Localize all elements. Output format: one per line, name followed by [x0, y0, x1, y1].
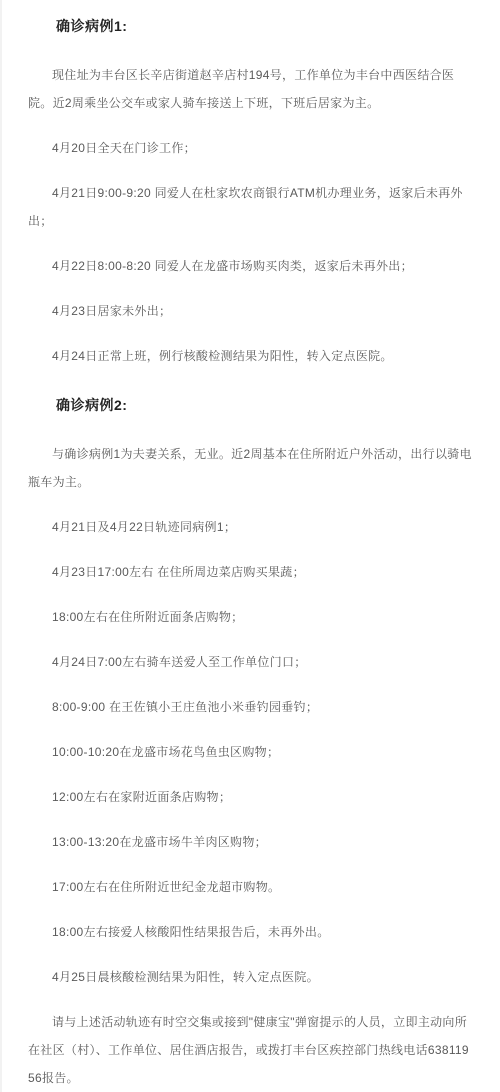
case2-apr24-1300-entry: 13:00-13:20在龙盛市场牛羊肉区购物； [28, 828, 474, 856]
case2-profile: 与确诊病例1为夫妻关系，无业。近2周基本在住所附近户外活动，出行以骑电瓶车为主。 [28, 440, 474, 496]
case1-apr22-entry: 4月22日8:00-8:20 同爱人在龙盛市场购买肉类，返家后未再外出； [28, 252, 474, 280]
case2-apr24-1000-entry: 10:00-10:20在龙盛市场花鸟鱼虫区购物； [28, 738, 474, 766]
case2-apr23-1800-entry: 18:00左右在住所附近面条店购物； [28, 603, 474, 631]
case1-apr24-entry: 4月24日正常上班，例行核酸检测结果为阳性，转入定点医院。 [28, 342, 474, 370]
case1-apr21-entry: 4月21日9:00-9:20 同爱人在杜家坎农商银行ATM机办理业务，返家后未再… [28, 179, 474, 235]
case1-apr20-entry: 4月20日全天在门诊工作； [28, 134, 474, 162]
public-notice: 请与上述活动轨迹有时空交集或接到"健康宝"弹窗提示的人员，立即主动向所在社区（村… [28, 1008, 474, 1092]
case1-profile: 现住址为丰台区长辛店街道赵辛店村194号，工作单位为丰台中西医结合医院。近2周乘… [28, 61, 474, 117]
case2-apr25-entry: 4月25日晨核酸检测结果为阳性，转入定点医院。 [28, 963, 474, 991]
case2-apr23-1700-entry: 4月23日17:00左右 在住所周边菜店购买果蔬； [28, 558, 474, 586]
case1-apr23-entry: 4月23日居家未外出； [28, 297, 474, 325]
case2-apr24-0800-entry: 8:00-9:00 在王佐镇小王庄鱼池小米垂钓园垂钓； [28, 693, 474, 721]
case2-apr21-22-entry: 4月21日及4月22日轨迹同病例1； [28, 513, 474, 541]
case2-heading: 确诊病例2: [28, 391, 474, 419]
case2-apr24-1800-entry: 18:00左右接爱人核酸阳性结果报告后，未再外出。 [28, 918, 474, 946]
case1-heading: 确诊病例1: [28, 12, 474, 40]
case2-apr24-1700-entry: 17:00左右在住所附近世纪金龙超市购物。 [28, 873, 474, 901]
page-left-edge [0, 0, 2, 1092]
article-body: 确诊病例1: 现住址为丰台区长辛店街道赵辛店村194号，工作单位为丰台中西医结合… [0, 0, 500, 1092]
case2-apr24-1200-entry: 12:00左右在家附近面条店购物； [28, 783, 474, 811]
case2-apr24-0700-entry: 4月24日7:00左右骑车送爱人至工作单位门口； [28, 648, 474, 676]
